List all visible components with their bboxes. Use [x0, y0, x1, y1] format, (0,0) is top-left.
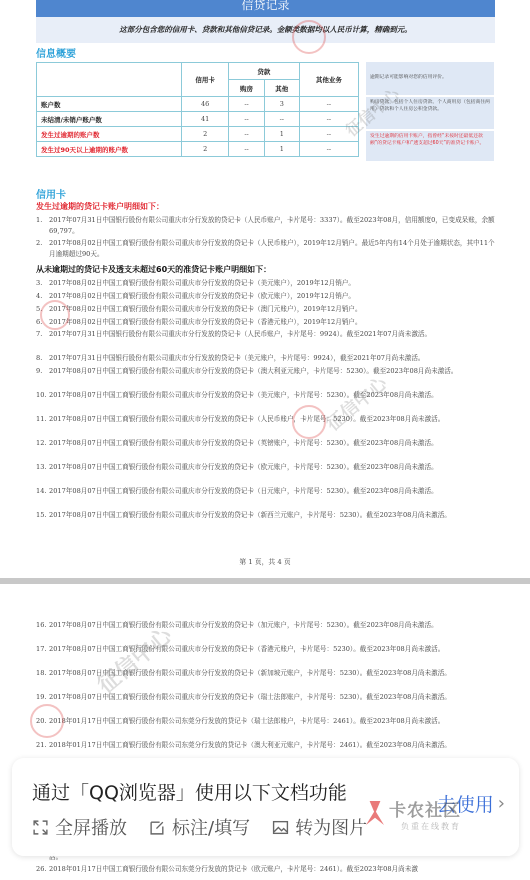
fullscreen-button[interactable]: 全屏播放: [32, 814, 127, 840]
credit-card-heading: 信用卡: [36, 186, 66, 201]
list-item: 26.2018年01月17日中国工商银行股份有限公司东莞分行发放的贷记卡（欧元账…: [36, 864, 496, 875]
cell-other-business: --: [299, 142, 358, 157]
cell-other-business: --: [299, 97, 358, 112]
list-item: 9.2017年08月07日中国工商银行股份有限公司重庆市分行发放的贷记卡（澳大利…: [36, 366, 496, 377]
row-label: 发生过90天以上逾期的账户数: [37, 142, 182, 157]
list-item: 17.2017年08月07日中国工商银行股份有限公司重庆市分行发放的贷记卡（香港…: [36, 644, 496, 655]
cell-credit-card: 46: [182, 97, 229, 112]
note-overdue: 逾期记录可能影响对您的信用评价。: [366, 62, 494, 95]
col-loan-housing: 购房: [229, 80, 265, 97]
summary-heading: 信息概要: [36, 45, 76, 60]
list-item: 21.2018年01月17日中国工商银行股份有限公司东莞分行发放的贷记卡（澳大利…: [36, 740, 496, 751]
list-item: 5.2017年08月02日中国工商银行股份有限公司重庆市分行发放的贷记卡（澳门元…: [36, 304, 496, 315]
cell-other-business: --: [299, 127, 358, 142]
list-item: 4.2017年08月02日中国工商银行股份有限公司重庆市分行发放的贷记卡（欧元账…: [36, 291, 496, 302]
report-page-1: 信贷记录 这部分包含您的信用卡、贷款和其他信贷记录。金额类数据均以人民币计算，精…: [0, 0, 530, 578]
list-item: 19.2017年08月07日中国工商银行股份有限公司重庆市分行发放的贷记卡（瑞士…: [36, 692, 496, 703]
col-other-business: 其他业务: [299, 63, 358, 97]
popup-actions: 全屏播放 标注/填写 转为图片: [32, 814, 367, 840]
list-item: 11.2017年08月07日中国工商银行股份有限公司重庆市分行发放的贷记卡（人民…: [36, 414, 496, 425]
col-credit-card: 信用卡: [182, 63, 229, 97]
col-loan-other: 其他: [264, 80, 299, 97]
list-item: 8.2017年07月31日中国银行股份有限公司重庆市分行发放的贷记卡（美元账户，…: [36, 353, 496, 364]
go-use-button[interactable]: 去使用 ›: [437, 790, 505, 817]
list-item: 7.2017年07月31日中国银行股份有限公司重庆市分行发放的贷记卡（人民币账户…: [36, 329, 496, 340]
annotate-button[interactable]: 标注/填写: [149, 814, 250, 840]
page-indicator: 第 1 页，共 4 页: [0, 556, 530, 566]
row-label: 发生过逾期的账户数: [37, 127, 182, 142]
overdue-accounts-heading: 发生过逾期的贷记卡账户明细如下：: [36, 201, 164, 212]
convert-to-image-button[interactable]: 转为图片: [272, 814, 367, 840]
cell-housing: --: [229, 127, 265, 142]
popup-title: 通过「QQ浏览器」使用以下文档功能: [32, 778, 347, 805]
summary-notes: 逾期记录可能影响对您的信用评价。 购房贷款，包括个人住房贷款、个人商用房（包括商…: [366, 62, 494, 163]
list-item: 2.2017年08月02日中国工商银行股份有限公司重庆市分行发放的贷记卡（人民币…: [36, 238, 496, 260]
table-row: 未结清/未销户账户数 41 -- -- --: [37, 112, 359, 127]
summary-table: 信用卡 贷款 其他业务 购房 其他 账户数 46 -- 3 -- 未结清/未销户…: [36, 62, 359, 157]
cell-credit-card: 2: [182, 127, 229, 142]
text-watermark: 征信中心: [320, 370, 392, 436]
list-item: 15.2017年08月07日中国工商银行股份有限公司重庆市分行发放的贷记卡（新西…: [36, 510, 496, 521]
text-watermark: 征信中心: [90, 619, 177, 699]
list-item: 18.2017年08月07日中国工商银行股份有限公司重庆市分行发放的贷记卡（新加…: [36, 668, 496, 679]
normal-accounts-heading: 从未逾期过的贷记卡及透支未超过60天的准贷记卡账户明细如下：: [36, 264, 271, 275]
cell-other: 3: [264, 97, 299, 112]
row-label: 账户数: [37, 97, 182, 112]
cell-credit-card: 41: [182, 112, 229, 127]
fullscreen-icon: [32, 819, 49, 836]
cell-other: 1: [264, 127, 299, 142]
cell-other: 1: [264, 142, 299, 157]
list-item: 10.2017年08月07日中国工商银行股份有限公司重庆市分行发放的贷记卡（美元…: [36, 390, 496, 401]
cell-housing: --: [229, 112, 265, 127]
list-item: 13.2017年08月07日中国工商银行股份有限公司重庆市分行发放的贷记卡（欧元…: [36, 462, 496, 473]
col-loan: 贷款: [229, 63, 300, 80]
section-subtitle: 这部分包含您的信用卡、贷款和其他信贷记录。金额类数据均以人民币计算，精确到元。: [36, 17, 495, 43]
image-icon: [272, 819, 289, 836]
table-row: 发生过90天以上逾期的账户数 2 -- 1 --: [37, 142, 359, 157]
brand-logo-icon: [364, 801, 386, 827]
note-overdue-definition: 发生过逾期的信用卡账户，指曾经“未按时还最低还款额”的贷记卡账户和“透支超过60…: [366, 131, 494, 161]
cell-housing: --: [229, 97, 265, 112]
list-item: 12.2017年08月07日中国工商银行股份有限公司重庆市分行发放的贷记卡（英镑…: [36, 438, 496, 449]
list-item: 16.2017年08月07日中国工商银行股份有限公司重庆市分行发放的贷记卡（加元…: [36, 620, 496, 631]
cell-credit-card: 2: [182, 142, 229, 157]
qq-browser-feature-popup[interactable]: 通过「QQ浏览器」使用以下文档功能 全屏播放 标注/填写 转为图片 去使用 › …: [12, 758, 519, 856]
section-title-bar: 信贷记录: [36, 0, 495, 17]
row-label: 未结清/未销户账户数: [37, 112, 182, 127]
cell-housing: --: [229, 142, 265, 157]
table-row: 发生过逾期的账户数 2 -- 1 --: [37, 127, 359, 142]
list-item: 14.2017年08月07日中国工商银行股份有限公司重庆市分行发放的贷记卡（日元…: [36, 486, 496, 497]
list-item: 3.2017年08月02日中国工商银行股份有限公司重庆市分行发放的贷记卡（美元账…: [36, 278, 496, 289]
cell-other: --: [264, 112, 299, 127]
list-item: 6.2017年08月02日中国工商银行股份有限公司重庆市分行发放的贷记卡（香港元…: [36, 317, 496, 328]
list-item: 20.2018年01月17日中国工商银行股份有限公司东莞分行发放的贷记卡（瑞士法…: [36, 716, 496, 727]
chevron-right-icon: ›: [498, 793, 505, 814]
list-item: 1.2017年07月31日中国银行股份有限公司重庆市分行发放的贷记卡（人民币账户…: [36, 215, 496, 237]
note-housing-loan: 购房贷款，包括个人住房贷款、个人商用房（包括商住两用）贷款和个人住房公积金贷款。: [366, 97, 494, 129]
table-row: 账户数 46 -- 3 --: [37, 97, 359, 112]
annotate-icon: [149, 819, 166, 836]
cell-other-business: --: [299, 112, 358, 127]
corner-cell: [37, 63, 182, 97]
